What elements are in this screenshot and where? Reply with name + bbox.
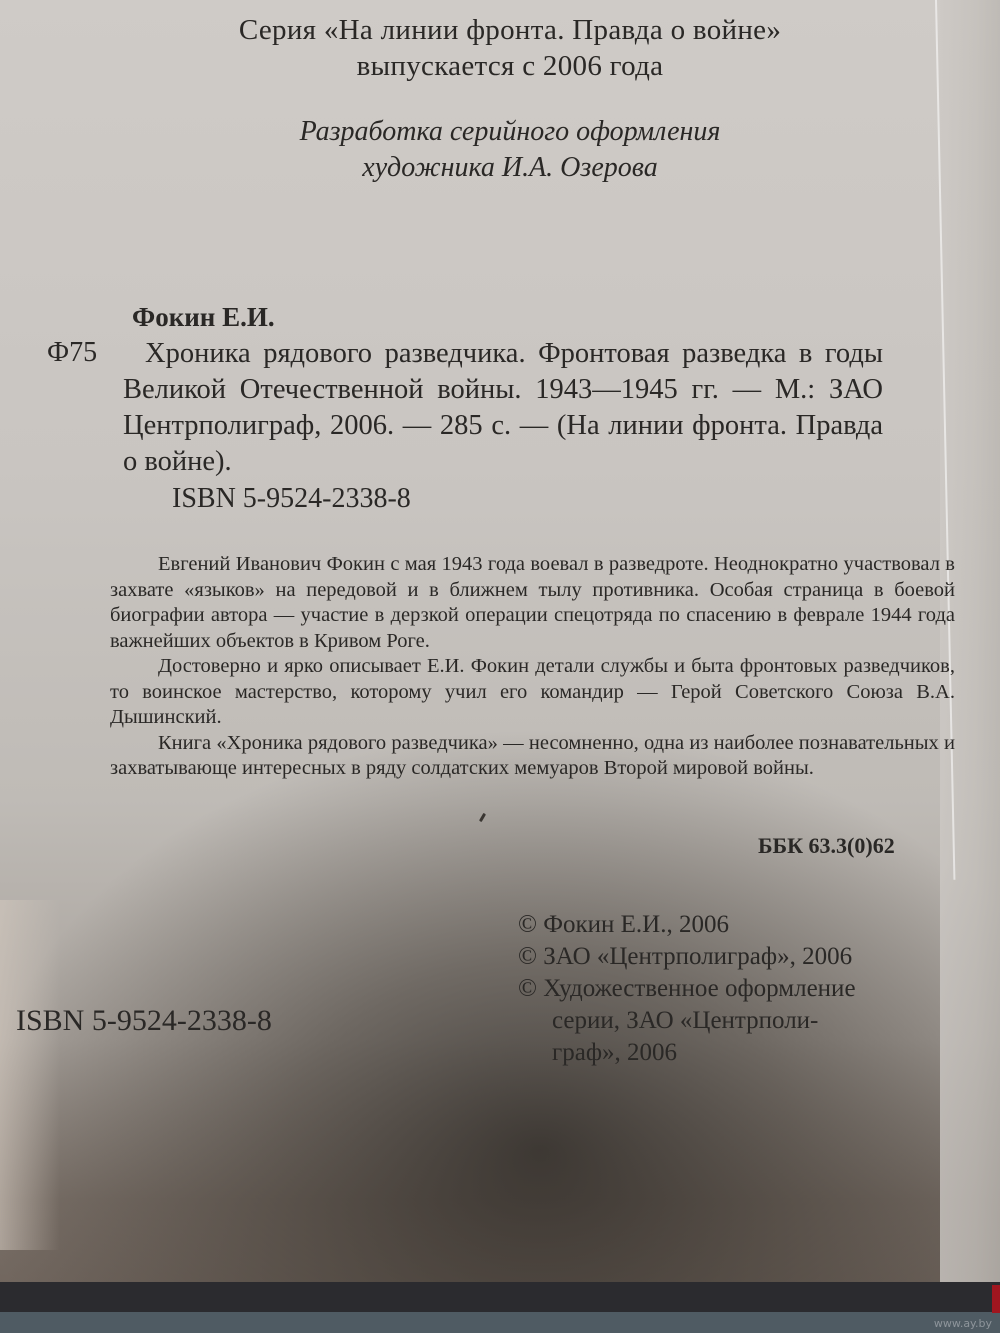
book-page: Серия «На линии фронта. Правда о войне» … xyxy=(0,0,1000,1333)
series-line-2: выпускается с 2006 года xyxy=(120,48,900,84)
design-credit-line-2: художника И.А. Озерова xyxy=(120,150,900,186)
design-credit-line-1: Разработка серийного оформления xyxy=(120,114,900,150)
copyright-line: граф», 2006 xyxy=(518,1037,856,1069)
copyright-line: © Фокин Е.И., 2006 xyxy=(518,909,856,941)
design-credit: Разработка серийного оформления художник… xyxy=(120,114,900,186)
annotation-paragraph: Достоверно и ярко описывает Е.И. Фокин д… xyxy=(110,654,955,731)
catalog-code: Ф75 xyxy=(47,337,97,369)
isbn-bottom: ISBN 5-9524-2338-8 xyxy=(16,1004,272,1038)
watermark: www.ay.by xyxy=(934,1317,992,1330)
book-cover-band xyxy=(0,1282,1000,1312)
ink-speck xyxy=(479,813,486,822)
bibliographic-description: Хроника рядового разведчика. Фронтовая р… xyxy=(123,336,883,480)
bibliographic-text: Хроника рядового разведчика. Фронтовая р… xyxy=(123,336,883,480)
author-name: Фокин Е.И. xyxy=(132,302,275,333)
book-cover-lower xyxy=(0,1312,1000,1333)
copyright-block: © Фокин Е.И., 2006 © ЗАО «Центрполиграф»… xyxy=(518,909,856,1069)
annotation-paragraph: Евгений Иванович Фокин с мая 1943 года в… xyxy=(110,552,955,654)
copyright-line: © Художественное оформление xyxy=(518,973,856,1005)
page-shadow xyxy=(0,900,60,1250)
annotation: Евгений Иванович Фокин с мая 1943 года в… xyxy=(110,552,955,782)
series-title: Серия «На линии фронта. Правда о войне» … xyxy=(120,12,900,84)
annotation-paragraph: Книга «Хроника рядового разведчика» — не… xyxy=(110,731,955,782)
bbk-code: ББК 63.3(0)62 xyxy=(758,833,895,859)
copyright-line: серии, ЗАО «Центрполи- xyxy=(518,1005,856,1037)
series-line-1: Серия «На линии фронта. Правда о войне» xyxy=(120,12,900,48)
cover-red-edge xyxy=(992,1285,1000,1313)
isbn-record: ISBN 5-9524-2338-8 xyxy=(172,483,411,515)
copyright-line: © ЗАО «Центрполиграф», 2006 xyxy=(518,941,856,973)
